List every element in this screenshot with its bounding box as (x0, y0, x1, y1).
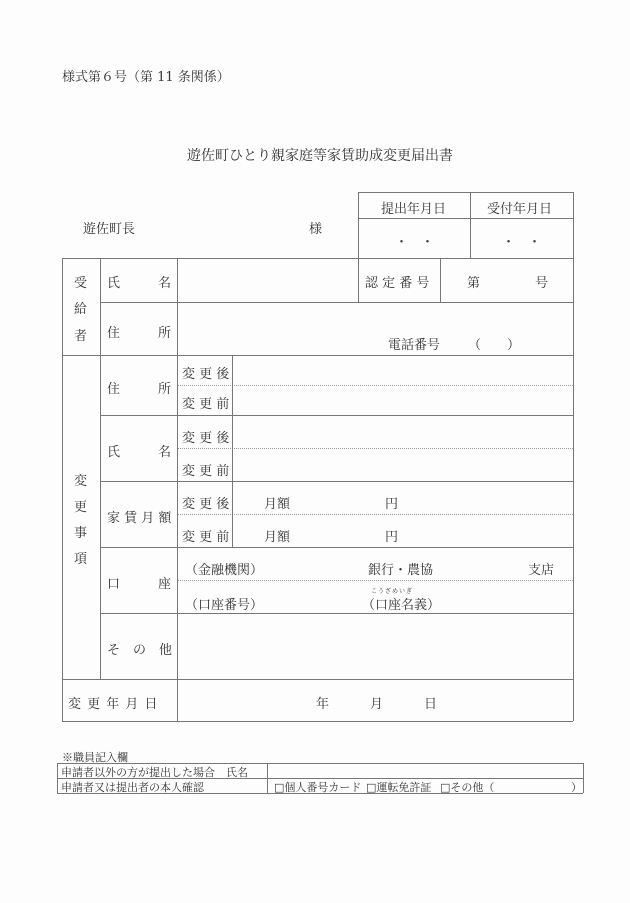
name-after-label: 変 更 後 (182, 427, 229, 446)
cert-number-label: 認 定 番 号 (365, 272, 429, 291)
bank-label: （金融機関） (185, 559, 263, 578)
recipient-label-3: 者 (74, 325, 87, 344)
cert-prefix: 第 (467, 272, 480, 291)
form-number: 様式第６号（第 11 条関係） (62, 66, 230, 85)
change-date-field[interactable] (180, 682, 570, 718)
addressee-name: 遊佐町長 (83, 218, 135, 237)
changes-label-1: 変 (74, 470, 87, 489)
checkbox-other-close: ） (571, 779, 582, 795)
reception-date-field[interactable]: ・ ・ (502, 231, 541, 250)
submitter-name-field[interactable] (270, 765, 580, 777)
account-label-b: 座 (158, 573, 171, 592)
rent-before-field[interactable] (300, 517, 380, 545)
rent-label: 家 賃 月 額 (107, 507, 171, 526)
address-before-label: 変 更 前 (182, 393, 229, 412)
name-before-field[interactable] (235, 451, 570, 479)
account-number-field[interactable] (260, 583, 355, 611)
checkbox-mynumber-card[interactable]: □個人番号カード (274, 779, 361, 795)
name-before-label: 変 更 前 (182, 460, 229, 479)
submission-date-label: 提出年月日 (381, 198, 446, 217)
staff-row2-label: 申請者又は提出者の本人確認 (61, 779, 204, 795)
changes-label-4: 項 (74, 548, 87, 567)
name-after-field[interactable] (235, 418, 570, 446)
reception-date-label: 受付年月日 (487, 198, 552, 217)
rent-before-monthly: 月額 (264, 526, 290, 545)
change-address-label-a: 住 (107, 378, 120, 397)
recipient-label-1: 受 (74, 272, 87, 291)
rent-before-label: 変 更 前 (182, 526, 229, 545)
address-after-label: 変 更 後 (182, 363, 229, 382)
rent-before-yen: 円 (385, 526, 398, 545)
phone-field[interactable]: （ ） (468, 334, 520, 353)
other-label: そ の 他 (107, 639, 172, 658)
rent-after-monthly: 月額 (264, 493, 290, 512)
rent-after-yen: 円 (385, 493, 398, 512)
recipient-name-field[interactable] (180, 262, 355, 300)
recipient-name-label-a: 氏 (107, 272, 120, 291)
account-label-a: 口 (107, 573, 120, 592)
bank-name-field[interactable] (260, 550, 360, 578)
recipient-name-label-b: 名 (158, 272, 171, 291)
account-holder-label: （口座名義） (362, 594, 440, 613)
bank-type: 銀行・農協 (368, 559, 433, 578)
cert-suffix: 号 (535, 272, 548, 291)
recipient-label-2: 給 (74, 298, 87, 317)
change-address-label-b: 所 (158, 378, 171, 397)
other-field[interactable] (180, 616, 570, 676)
submission-date-field[interactable]: ・ ・ (395, 231, 434, 250)
recipient-address-field[interactable] (180, 305, 570, 330)
checkbox-drivers-license[interactable]: □運転免許証 (366, 779, 431, 795)
changes-label-3: 事 (74, 522, 87, 541)
staff-row1-label: 申請者以外の方が提出した場合 氏名 (61, 764, 248, 780)
checkbox-other[interactable]: □その他（ (440, 779, 494, 795)
rent-after-field[interactable] (300, 484, 380, 512)
recipient-address-label-a: 住 (107, 322, 120, 341)
phone-label: 電話番号 (388, 334, 440, 353)
address-before-field[interactable] (235, 387, 570, 413)
recipient-address-label-b: 所 (158, 322, 171, 341)
changes-label-2: 更 (74, 496, 87, 515)
branch-label: 支店 (528, 559, 554, 578)
addressee-honorific: 様 (309, 218, 322, 237)
change-name-label-b: 名 (158, 441, 171, 460)
change-name-label-a: 氏 (107, 441, 120, 460)
account-number-label: （口座番号） (185, 594, 263, 613)
address-after-field[interactable] (235, 357, 570, 383)
document-title: 遊佐町ひとり親家庭等家賃助成変更届出書 (187, 145, 453, 165)
account-holder-field[interactable] (440, 583, 570, 611)
rent-after-label: 変 更 後 (182, 493, 229, 512)
change-date-label: 変 更 年 月 日 (68, 693, 159, 712)
